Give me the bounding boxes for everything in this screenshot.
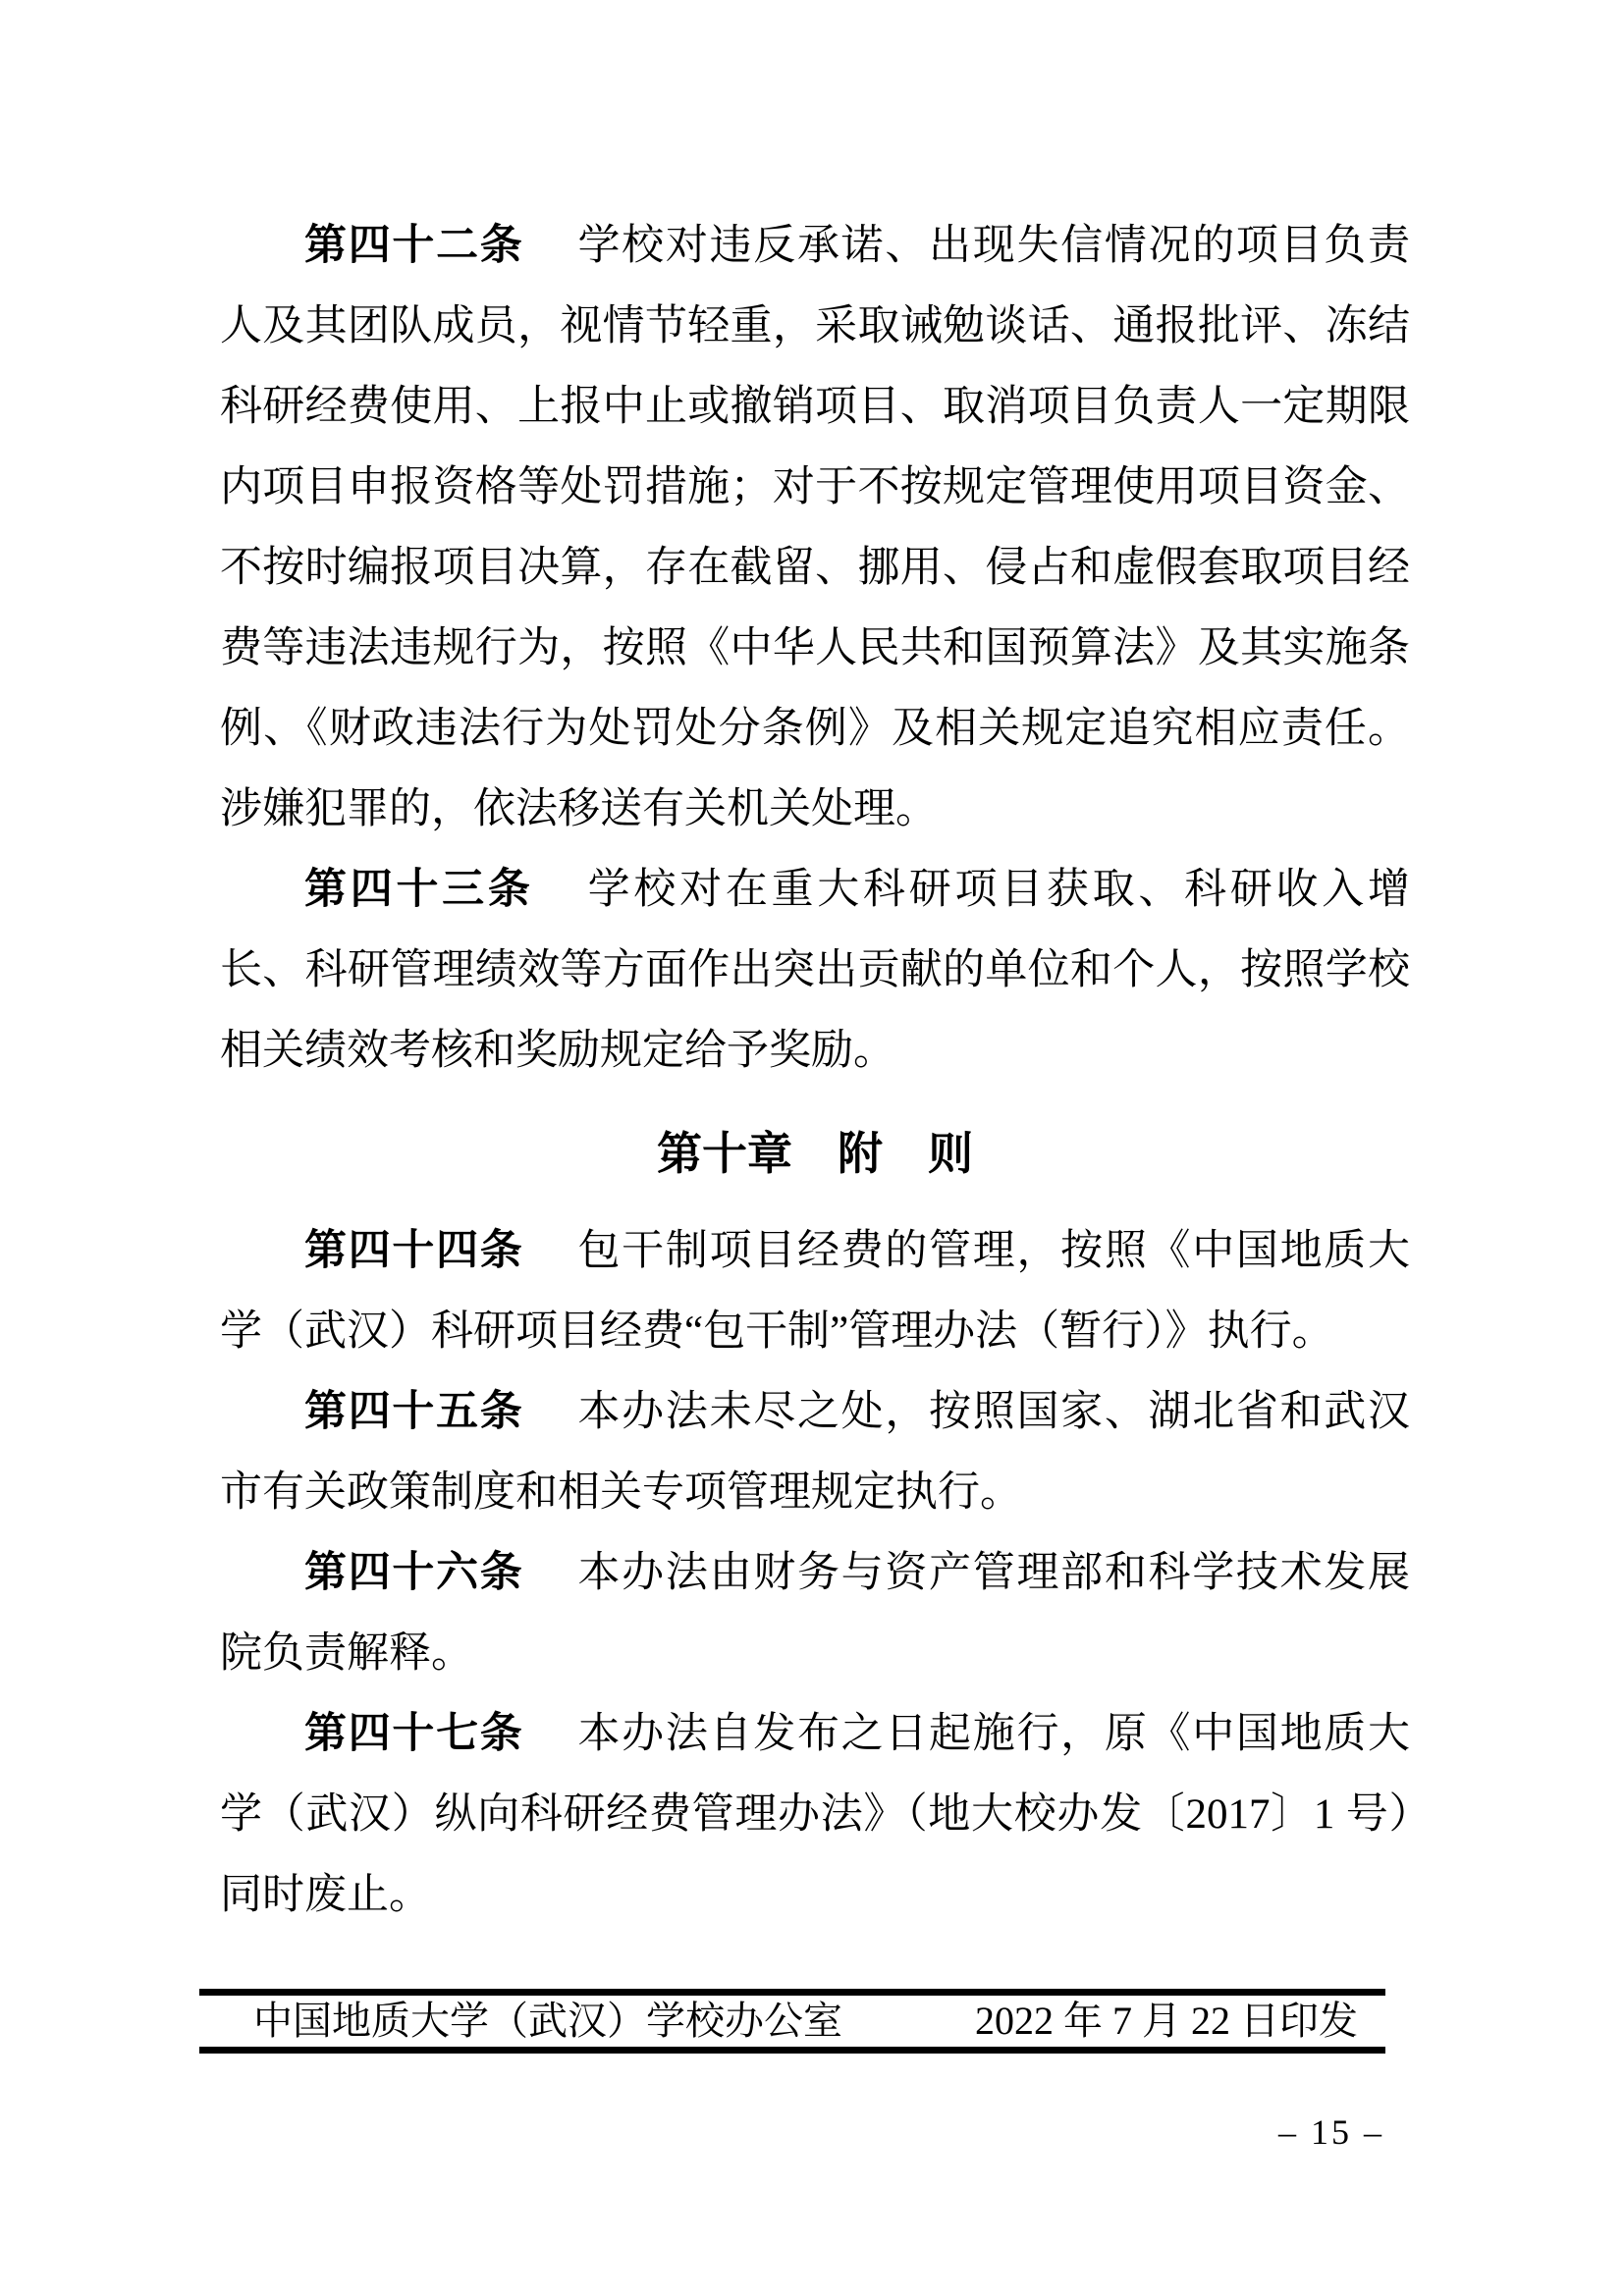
document-page: 第四十二条学校对违反承诺、出现失信情况的项目负责人及其团队成员，视情节轻重，采取…: [0, 0, 1624, 2296]
article-paragraph: 第四十五条本办法未尽之处，按照国家、湖北省和武汉市有关政策制度和相关专项管理规定…: [220, 1372, 1410, 1533]
article-number: 第四十四条: [304, 1228, 523, 1274]
footer-issuer: 中国地质大学（武汉）学校办公室: [253, 1996, 842, 2047]
article-number: 第四十七条: [304, 1711, 523, 1757]
chapter-heading: 第十章 附 则: [220, 1113, 1410, 1194]
document-body: 第四十二条学校对违反承诺、出现失信情况的项目负责人及其团队成员，视情节轻重，采取…: [220, 0, 1410, 1936]
article-number: 第四十二条: [304, 223, 523, 269]
article-number: 第四十三条: [304, 867, 534, 913]
page-number: – 15 –: [1278, 2110, 1416, 2154]
article-number: 第四十五条: [304, 1389, 523, 1435]
article-paragraph: 第四十二条学校对违反承诺、出现失信情况的项目负责人及其团队成员，视情节轻重，采取…: [220, 206, 1410, 850]
article-number: 第四十六条: [304, 1550, 523, 1596]
footer-bar: 中国地质大学（武汉）学校办公室 2022 年 7 月 22 日印发: [199, 1989, 1385, 2054]
article-paragraph: 第四十六条本办法由财务与资产管理部和科学技术发展院负责解释。: [220, 1533, 1410, 1694]
footer-print-date: 2022 年 7 月 22 日印发: [975, 1996, 1358, 2047]
article-text: 学校对违反承诺、出现失信情况的项目负责人及其团队成员，视情节轻重，采取诫勉谈话、…: [220, 223, 1410, 832]
article-paragraph: 第四十四条包干制项目经费的管理，按照《中国地质大学（武汉）科研项目经费“包干制”…: [220, 1211, 1410, 1372]
article-paragraph: 第四十三条学校对在重大科研项目获取、科研收入增长、科研管理绩效等方面作出突出贡献…: [220, 850, 1410, 1092]
article-paragraph: 第四十七条本办法自发布之日起施行，原《中国地质大学（武汉）纵向科研经费管理办法》…: [220, 1694, 1410, 1936]
